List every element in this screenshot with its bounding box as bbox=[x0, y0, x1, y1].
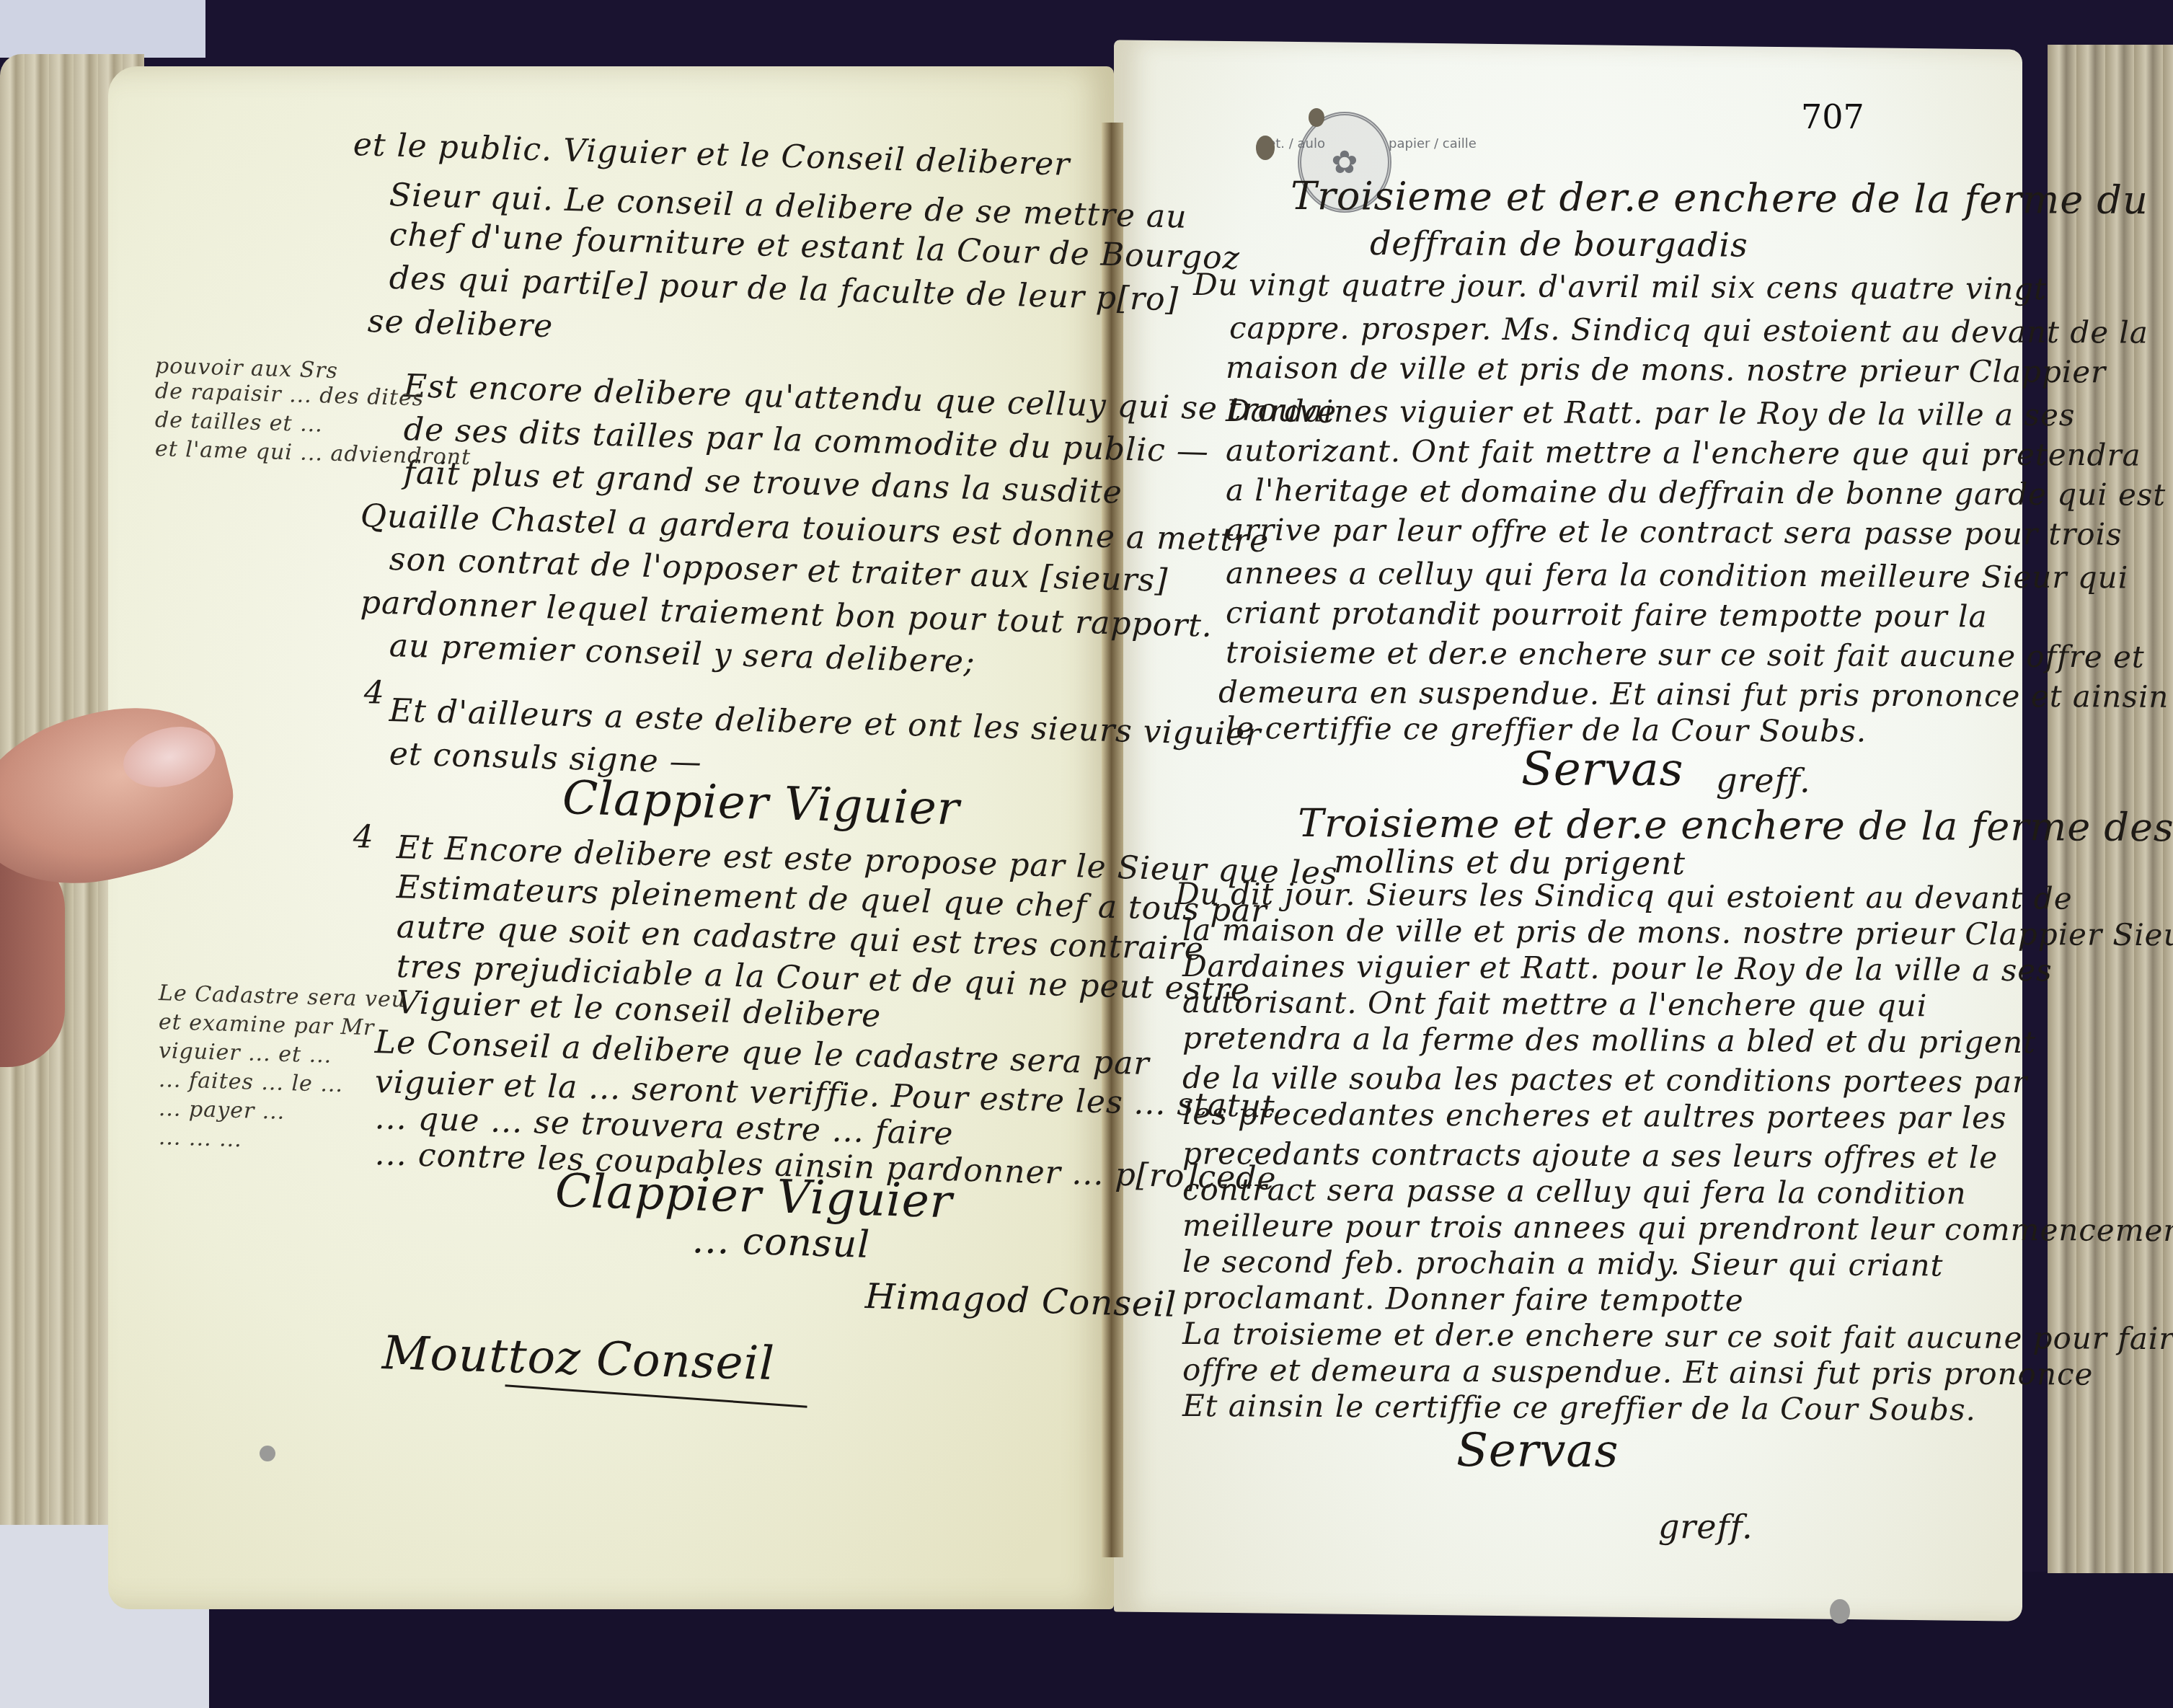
signature-servas: Servas bbox=[1456, 1424, 1619, 1478]
text-line: pretendra a la ferme des mollins a bled … bbox=[1182, 1020, 2036, 1060]
page-damage bbox=[1256, 136, 1275, 160]
text-line: Dardaines viguier et Ratt. par le Roy de… bbox=[1226, 393, 2076, 433]
signature-clappier-viguier: Clappier Viguier bbox=[562, 771, 960, 836]
item-marker: 4 bbox=[353, 818, 374, 856]
text-line: precedants contracts ajoute a ses leurs … bbox=[1182, 1136, 1998, 1175]
text-line: se delibere bbox=[367, 303, 554, 345]
signature-servas: Servas bbox=[1521, 743, 1684, 797]
text-line: contract sera passe a celluy qui fera la… bbox=[1182, 1172, 1967, 1211]
text-line: autorizant. Ont fait mettre a l'enchere … bbox=[1226, 433, 2141, 473]
margin-note-line: viguier ... et ... bbox=[159, 1038, 332, 1068]
background-wall bbox=[0, 0, 205, 58]
text-line: la maison de ville et pris de mons. nost… bbox=[1182, 912, 2173, 952]
text-line: Du vingt quatre jour. d'avril mil six ce… bbox=[1193, 267, 2047, 306]
margin-note-line: ... faites ... le ... bbox=[159, 1067, 344, 1097]
binding-hole bbox=[1830, 1599, 1850, 1624]
entry-heading: Troisieme et der.e enchere de la ferme d… bbox=[1298, 800, 2173, 850]
book-gutter bbox=[1102, 123, 1123, 1557]
text-line: demeura en suspendue. Et ainsi fut pris … bbox=[1218, 674, 2169, 714]
text-line: arrive par leur offre et le contract ser… bbox=[1226, 512, 2123, 552]
margin-note-line: ... payer ... bbox=[159, 1096, 286, 1125]
text-line: Dardaines viguier et Ratt. pour le Roy d… bbox=[1182, 948, 2053, 988]
text-line: proclamant. Donner faire tempotte bbox=[1182, 1280, 1744, 1318]
text-line: a l'heritage et domaine du deffrain de b… bbox=[1226, 472, 2167, 513]
folio-number: 707 bbox=[1801, 97, 1864, 136]
text-line: les precedantes encheres et aultres port… bbox=[1182, 1096, 2007, 1136]
item-marker: 4 bbox=[363, 674, 385, 712]
page-damage bbox=[1309, 108, 1324, 127]
stamp-label-right: papier / caille bbox=[1389, 137, 1477, 151]
text-line: troisieme et der.e enchere sur ce soit f… bbox=[1226, 634, 2145, 675]
text-line: offre et demeura a suspendue. Et ainsi f… bbox=[1182, 1352, 2094, 1392]
signature-mouttoz: Mouttoz Conseil bbox=[381, 1327, 776, 1391]
entry-heading: Troisieme et der.e enchere de la ferme d… bbox=[1291, 173, 2148, 223]
text-line: annees a celluy qui fera la condition me… bbox=[1226, 555, 2128, 596]
text-line: de la ville souba les pactes et conditio… bbox=[1182, 1060, 2027, 1099]
text-line: le second feb. prochain a midy. Sieur qu… bbox=[1182, 1244, 1944, 1283]
text-line: maison de ville et pris de mons. nostre … bbox=[1226, 350, 2107, 389]
signature-consul: ... consul bbox=[691, 1218, 870, 1267]
margin-note-line: de tailles et ... bbox=[155, 407, 324, 437]
text-line: cappre. prosper. Ms. Sindicq qui estoien… bbox=[1229, 310, 2148, 350]
text-line: La troisieme et der.e enchere sur ce soi… bbox=[1182, 1316, 2173, 1356]
binding-hole bbox=[260, 1446, 275, 1461]
text-line: criant protandit pourroit faire tempotte… bbox=[1226, 595, 1988, 634]
signature-clappier-viguier: Clappier Viguier bbox=[554, 1164, 953, 1229]
entry-heading: deffrain de bourgadis bbox=[1370, 224, 1748, 265]
signature-greffier: greff. bbox=[1716, 761, 1811, 800]
entry-heading: mollins et du prigent bbox=[1334, 844, 1686, 882]
text-line: meilleure pour trois annees qui prendron… bbox=[1182, 1208, 2173, 1248]
text-line: Et ainsin le certiffie ce greffier de la… bbox=[1182, 1388, 1976, 1428]
signature-greffier: greff. bbox=[1658, 1507, 1753, 1547]
margin-note-line: ... ... ... bbox=[159, 1125, 243, 1152]
text-line: autorisant. Ont fait mettre a l'enchere … bbox=[1182, 984, 1927, 1023]
holding-hand bbox=[0, 851, 65, 1067]
